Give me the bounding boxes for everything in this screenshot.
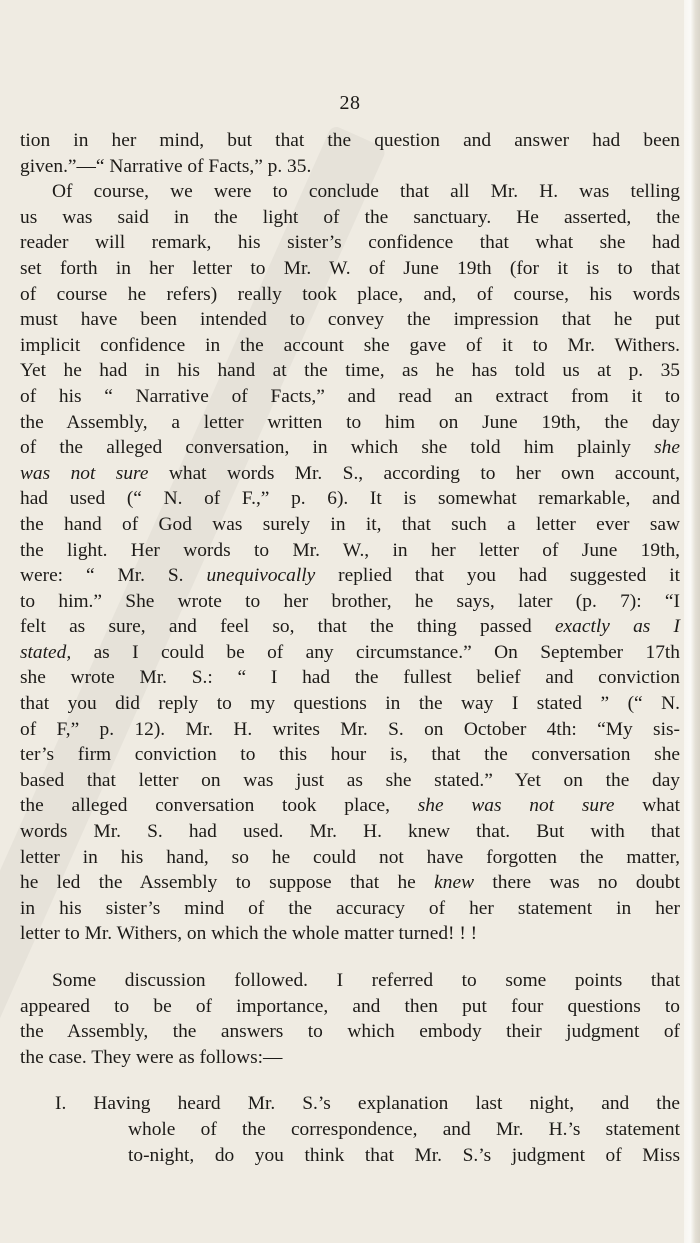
text-segment: were: “ Mr. S. bbox=[20, 565, 206, 586]
page-gutter bbox=[684, 0, 700, 1243]
text-line: the Assembly, the answers to which embod… bbox=[20, 1019, 680, 1045]
text-line: words Mr. S. had used. Mr. H. knew that.… bbox=[20, 819, 680, 845]
text-line: I. Having heard Mr. S.’s explanation las… bbox=[20, 1091, 680, 1117]
italic-text: knew bbox=[434, 872, 474, 893]
text-line: based that letter on was just as she sta… bbox=[20, 768, 680, 794]
text-line: in his sister’s mind of the accuracy of … bbox=[20, 896, 680, 922]
text-line: had used (“ N. of F.,” p. 6). It is some… bbox=[20, 486, 680, 512]
text-line: stated, as I could be of any circumstanc… bbox=[20, 640, 680, 666]
text-line: must have been intended to convey the im… bbox=[20, 307, 680, 333]
italic-text: unequivocally bbox=[206, 565, 315, 586]
text-line: letter in his hand, so he could not have… bbox=[20, 845, 680, 871]
text-line: felt as sure, and feel so, that the thin… bbox=[20, 614, 680, 640]
text-line: whole of the correspondence, and Mr. H.’… bbox=[20, 1117, 680, 1143]
text-line: ter’s firm conviction to this hour is, t… bbox=[20, 742, 680, 768]
text-segment: felt as sure, and feel so, that the thin… bbox=[20, 616, 555, 637]
text-line: of course he refers) really took place, … bbox=[20, 282, 680, 308]
text-line: Some discussion followed. I referred to … bbox=[20, 968, 680, 994]
page-body: tion in her mind, but that the question … bbox=[20, 128, 680, 1168]
italic-text: she was not sure bbox=[418, 795, 615, 816]
paragraph-gap bbox=[20, 947, 680, 968]
text-segment: replied that you had suggested it bbox=[338, 565, 680, 586]
italic-text: stated, bbox=[20, 642, 71, 663]
text-line: that you did reply to my questions in th… bbox=[20, 691, 680, 717]
text-line: he led the Assembly to suppose that he k… bbox=[20, 870, 680, 896]
text-line: tion in her mind, but that the question … bbox=[20, 128, 680, 154]
text-segment: of the alleged conversation, in which sh… bbox=[20, 437, 654, 458]
text-line: the case. They were as follows:— bbox=[20, 1045, 680, 1071]
question-numeral: I. bbox=[55, 1093, 66, 1114]
text-line: Of course, we were to conclude that all … bbox=[20, 179, 680, 205]
question-item: I. Having heard Mr. S.’s explanation las… bbox=[20, 1091, 680, 1168]
italic-text: exactly as I bbox=[555, 616, 680, 637]
text-segment: the alleged conversation took place, bbox=[20, 795, 418, 816]
text-line: Yet he had in his hand at the time, as h… bbox=[20, 358, 680, 384]
text-line: she wrote Mr. S.: “ I had the fullest be… bbox=[20, 665, 680, 691]
text-line: the alleged conversation took place, she… bbox=[20, 793, 680, 819]
text-segment: what words Mr. S., according to her own … bbox=[169, 463, 680, 484]
text-line: given.”—“ Narrative of Facts,” p. 35. bbox=[20, 154, 680, 180]
italic-text: was not sure bbox=[20, 463, 148, 484]
text-segment: there was no doubt bbox=[492, 872, 680, 893]
text-line: to him.” She wrote to her brother, he sa… bbox=[20, 589, 680, 615]
italic-text: she bbox=[654, 437, 680, 458]
text-line: the Assembly, a letter written to him on… bbox=[20, 410, 680, 436]
text-segment: he led the Assembly to suppose that he bbox=[20, 872, 434, 893]
text-line: were: “ Mr. S. unequivocally replied tha… bbox=[20, 563, 680, 589]
text-line: the light. Her words to Mr. W., in her l… bbox=[20, 538, 680, 564]
text-line: letter to Mr. Withers, on which the whol… bbox=[20, 921, 680, 947]
text-segment: as I could be of any circumstance.” On S… bbox=[94, 642, 680, 663]
text-line: of the alleged conversation, in which sh… bbox=[20, 435, 680, 461]
text-line: was not sure what words Mr. S., accordin… bbox=[20, 461, 680, 487]
text-line: set forth in her letter to Mr. W. of Jun… bbox=[20, 256, 680, 282]
text-line: to-night, do you think that Mr. S.’s jud… bbox=[20, 1143, 680, 1169]
paragraph-gap bbox=[20, 1070, 680, 1091]
text-line: of his “ Narrative of Facts,” and read a… bbox=[20, 384, 680, 410]
text-line: appeared to be of importance, and then p… bbox=[20, 994, 680, 1020]
text-line: reader will remark, his sister’s confide… bbox=[20, 230, 680, 256]
text-line: the hand of God was surely in it, that s… bbox=[20, 512, 680, 538]
page-number: 28 bbox=[0, 92, 700, 115]
text-segment: Having heard Mr. S.’s explanation last n… bbox=[93, 1093, 680, 1114]
text-line: us was said in the light of the sanctuar… bbox=[20, 205, 680, 231]
text-line: of F,” p. 12). Mr. H. writes Mr. S. on O… bbox=[20, 717, 680, 743]
text-line: implicit confidence in the account she g… bbox=[20, 333, 680, 359]
text-segment: what bbox=[642, 795, 680, 816]
